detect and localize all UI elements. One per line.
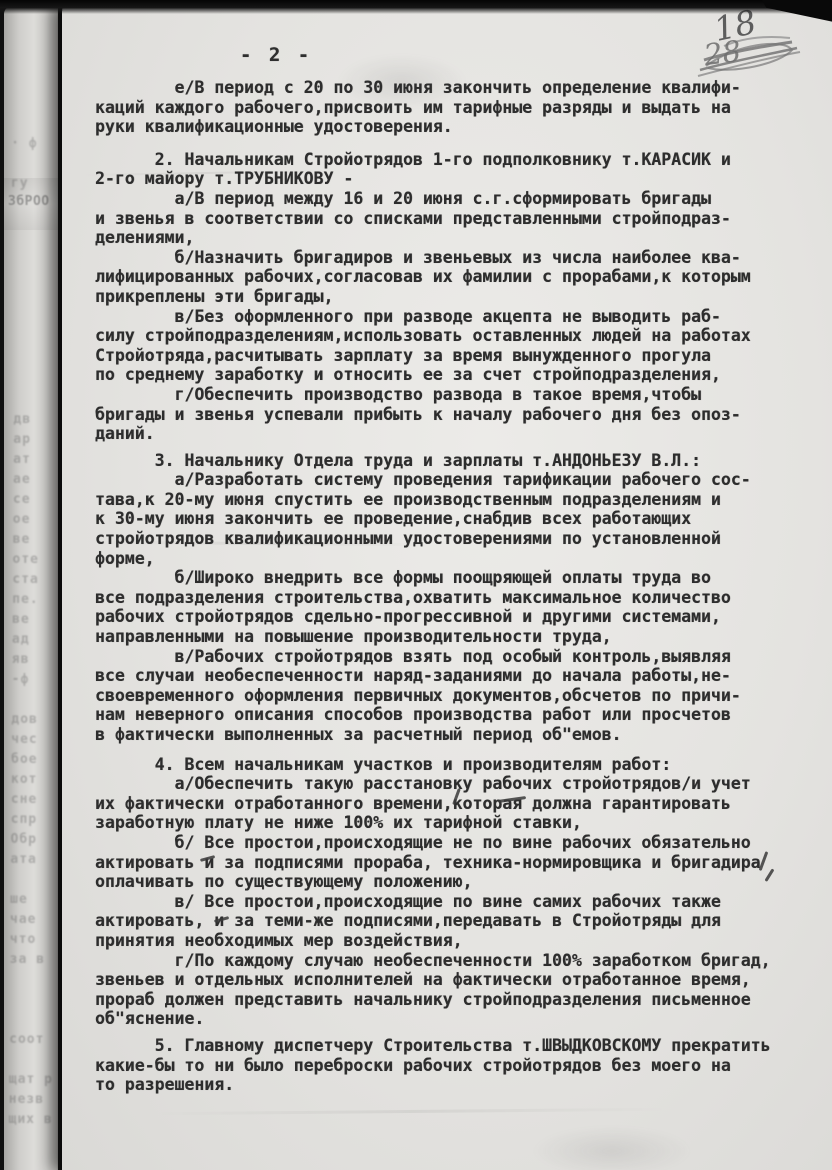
bleedthrough-text: дв ар ат ае се ое ве оте ста пе. ве ад я… bbox=[8, 410, 59, 1130]
bleedthrough-text-upper: · ф гу bbox=[11, 134, 57, 194]
document-page: - 2 - е/В период с 20 по 30 июня закончи… bbox=[62, 6, 832, 1170]
para-section-5: 5. Главному диспетчеру Строительства т.Ш… bbox=[95, 1036, 825, 1095]
para-section-3: 3. Начальнику Отдела труда и зарплаты т.… bbox=[95, 451, 825, 745]
para-section-4: 4. Всем начальникам участков и производи… bbox=[95, 755, 825, 1029]
para-section-2: 2. Начальникам Стройотрядов 1-го подполк… bbox=[95, 150, 825, 444]
page-number: - 2 - bbox=[240, 44, 312, 66]
paper-smudge bbox=[532, 1126, 692, 1170]
document-body: е/В период с 20 по 30 июня закончить опр… bbox=[95, 78, 825, 1095]
adjacent-page-edge: · ф гу ЗбРОО дв ар ат ае се ое ве оте ст… bbox=[4, 6, 58, 1170]
crossed-out-number: 28 bbox=[702, 34, 743, 72]
crease-line bbox=[152, 1108, 672, 1116]
scan-background: { "page": { "page_number": "- 2 -", "cor… bbox=[0, 0, 832, 1170]
bleedthrough-stamp: ЗбРОО bbox=[8, 194, 50, 209]
